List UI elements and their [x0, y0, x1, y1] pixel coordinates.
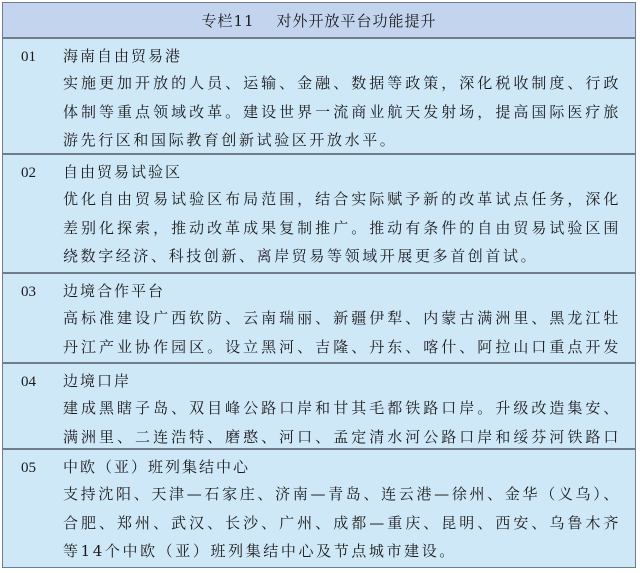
item-body: 优化自由贸易试验区布局范围，结合实际赋予新的改革试点任务，深化差别化探索，推动改… — [63, 185, 625, 271]
item-number: 01 — [13, 49, 63, 66]
item-title: 边境合作平台 — [63, 280, 165, 301]
item-row: 01 海南自由贸易港 实施更加开放的人员、运输、金融、数据等政策，深化税收制度、… — [3, 39, 635, 155]
item-number: 04 — [13, 374, 63, 391]
item-row: 02 自由贸易试验区 优化自由贸易试验区布局范围，结合实际赋予新的改革试点任务，… — [3, 155, 635, 274]
box-title: 对外开放平台功能提升 — [277, 10, 437, 31]
item-number: 03 — [13, 284, 63, 301]
item-title: 自由贸易试验区 — [63, 161, 182, 182]
item-body: 实施更加开放的人员、运输、金融、数据等政策，深化税收制度、行政体制等重点领域改革… — [63, 69, 625, 155]
item-title: 边境口岸 — [63, 370, 131, 391]
box-label: 专栏11 — [201, 10, 254, 31]
item-title: 中欧（亚）班列集结中心 — [63, 456, 250, 477]
item-title: 海南自由贸易港 — [63, 45, 182, 66]
item-body: 支持沈阳、天津—石家庄、济南—青岛、连云港—徐州、金华（义乌）、合肥、郑州、武汉… — [63, 480, 625, 566]
item-number: 05 — [13, 460, 63, 477]
feature-box: 专栏11 对外开放平台功能提升 01 海南自由贸易港 实施更加开放的人员、运输、… — [2, 2, 636, 568]
item-row: 05 中欧（亚）班列集结中心 支持沈阳、天津—石家庄、济南—青岛、连云港—徐州、… — [3, 450, 635, 567]
box-header: 专栏11 对外开放平台功能提升 — [3, 3, 635, 39]
item-number: 02 — [13, 165, 63, 182]
item-row: 04 边境口岸 建成黑瞎子岛、双目峰公路口岸和甘其毛都铁路口岸。升级改造集安、满… — [3, 364, 635, 450]
item-row: 03 边境合作平台 高标准建设广西钦防、云南瑞丽、新疆伊犁、内蒙古满洲里、黑龙江… — [3, 274, 635, 364]
